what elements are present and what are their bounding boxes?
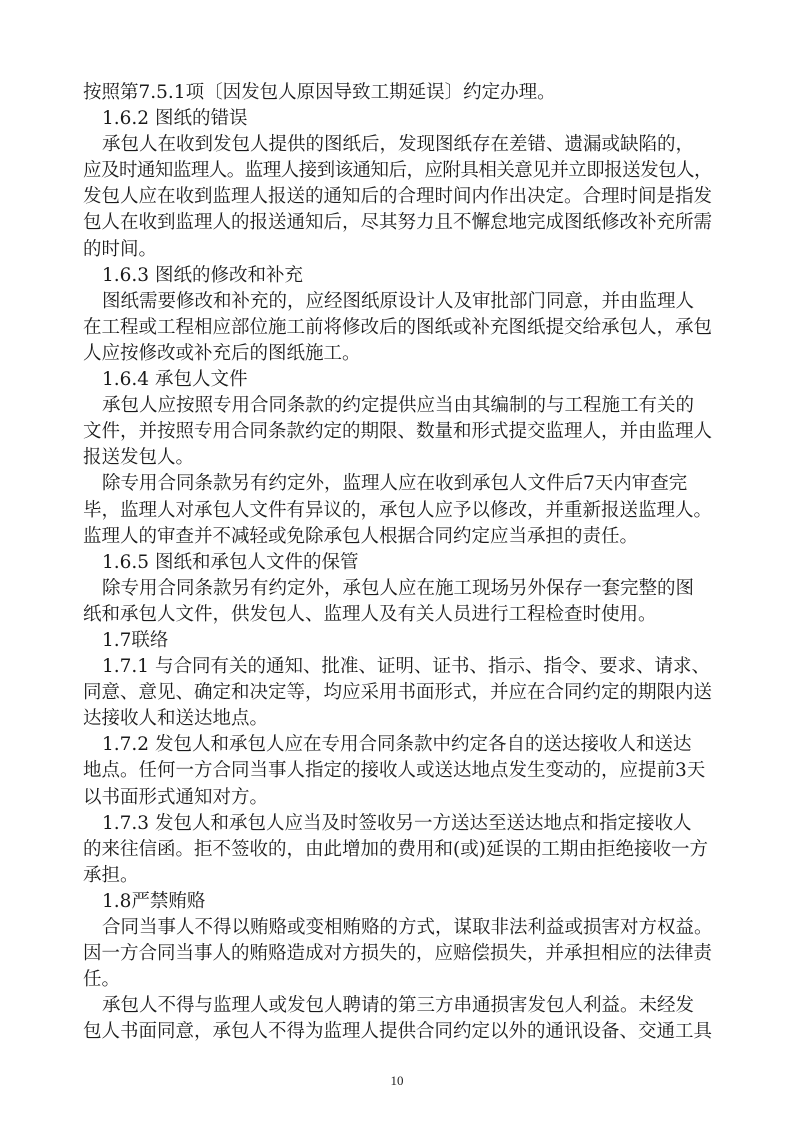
text-line: 的来往信函。拒不签收的，由此增加的费用和(或)延误的工期由拒绝接收一方: [83, 837, 713, 863]
text-line: 人应按修改或补充后的图纸施工。: [83, 341, 713, 367]
text-line: 应及时通知监理人。监理人接到该通知后，应附具相关意见并立即报送发包人，: [83, 158, 713, 184]
text-line: 除专用合同条款另有约定外，承包人应在施工现场另外保存一套完整的图: [83, 576, 713, 602]
text-line: 因一方合同当事人的贿赂造成对方损失的，应赔偿损失，并承担相应的法律责: [83, 941, 713, 967]
text-line: 任。: [83, 967, 713, 993]
text-line: 地点。任何一方合同当事人指定的接收人或送达地点发生变动的，应提前3天: [83, 758, 713, 784]
text-line: 达接收人和送达地点。: [83, 706, 713, 732]
text-line: 承包人应按照专用合同条款的约定提供应当由其编制的与工程施工有关的: [83, 393, 713, 419]
text-line: 1.7.1 与合同有关的通知、批准、证明、证书、指示、指令、要求、请求、: [83, 654, 713, 680]
section-heading: 1.6.4 承包人文件: [83, 367, 713, 393]
text-line: 1.7.2 发包人和承包人应在专用合同条款中约定各自的送达接收人和送达: [83, 732, 713, 758]
text-line: 包人书面同意，承包人不得为监理人提供合同约定以外的通讯设备、交通工具: [83, 1019, 713, 1045]
text-line: 报送发包人。: [83, 445, 713, 471]
text-line: 承包人不得与监理人或发包人聘请的第三方串通损害发包人利益。未经发: [83, 993, 713, 1019]
document-page: 按照第7.5.1项〔因发包人原因导致工期延误〕约定办理。1.6.2 图纸的错误承…: [83, 80, 713, 1045]
text-line: 合同当事人不得以贿赂或变相贿赂的方式，谋取非法利益或损害对方权益。: [83, 915, 713, 941]
text-line: 发包人应在收到监理人报送的通知后的合理时间内作出决定。合理时间是指发: [83, 184, 713, 210]
text-line: 文件，并按照专用合同条款约定的期限、数量和形式提交监理人，并由监理人: [83, 419, 713, 445]
text-line: 同意、意见、确定和决定等，均应采用书面形式，并应在合同约定的期限内送: [83, 680, 713, 706]
text-line: 监理人的审查并不减轻或免除承包人根据合同约定应当承担的责任。: [83, 524, 713, 550]
section-heading: 1.6.5 图纸和承包人文件的保管: [83, 550, 713, 576]
text-line: 除专用合同条款另有约定外，监理人应在收到承包人文件后7天内审查完: [83, 471, 713, 497]
text-line: 1.7.3 发包人和承包人应当及时签收另一方送达至送达地点和指定接收人: [83, 811, 713, 837]
text-line: 图纸需要修改和补充的，应经图纸原设计人及审批部门同意，并由监理人: [83, 289, 713, 315]
text-line: 毕，监理人对承包人文件有异议的，承包人应予以修改，并重新报送监理人。: [83, 498, 713, 524]
section-heading: 1.7联络: [83, 628, 713, 654]
text-line: 承担。: [83, 863, 713, 889]
section-heading: 1.8严禁贿赂: [83, 889, 713, 915]
text-line: 纸和承包人文件，供发包人、监理人及有关人员进行工程检查时使用。: [83, 602, 713, 628]
section-heading: 1.6.2 图纸的错误: [83, 106, 713, 132]
page-number: 10: [0, 1073, 794, 1089]
section-heading: 1.6.3 图纸的修改和补充: [83, 263, 713, 289]
text-line: 按照第7.5.1项〔因发包人原因导致工期延误〕约定办理。: [83, 80, 713, 106]
text-line: 的时间。: [83, 237, 713, 263]
text-line: 以书面形式通知对方。: [83, 785, 713, 811]
text-line: 在工程或工程相应部位施工前将修改后的图纸或补充图纸提交给承包人，承包: [83, 315, 713, 341]
text-line: 承包人在收到发包人提供的图纸后，发现图纸存在差错、遗漏或缺陷的，: [83, 132, 713, 158]
text-line: 包人在收到监理人的报送通知后，尽其努力且不懈怠地完成图纸修改补充所需: [83, 210, 713, 236]
